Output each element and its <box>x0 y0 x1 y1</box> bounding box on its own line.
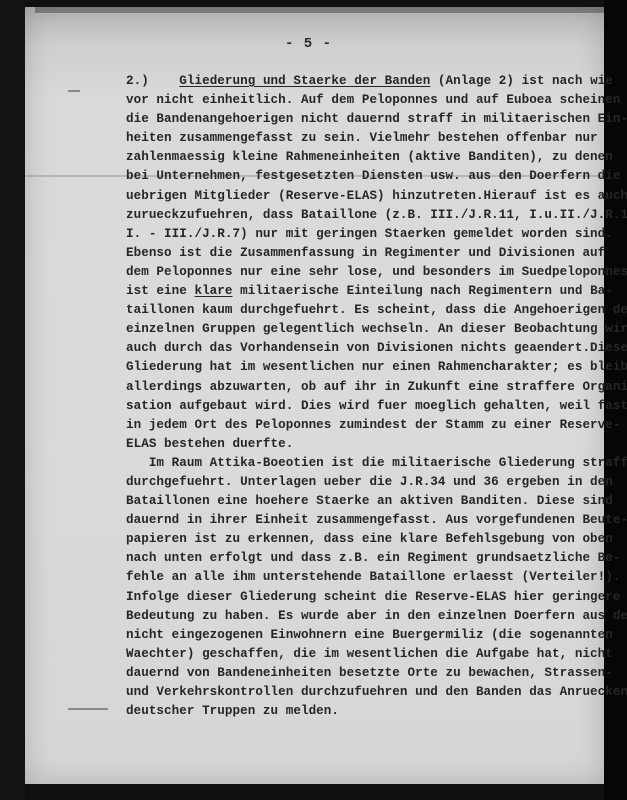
text-line: dauernd in ihrer Einheit zusammengefasst… <box>126 511 606 530</box>
text-segment: Bataillonen eine hoehere Staerke an akti… <box>126 494 613 508</box>
text-segment: dauernd in ihrer Einheit zusammengefasst… <box>126 513 627 527</box>
text-segment: 2.) <box>126 74 179 88</box>
section-heading: Gliederung und Staerke der Banden <box>179 74 430 88</box>
text-segment: nicht eingezogenen Einwohnern eine Buerg… <box>126 628 613 642</box>
text-line: zahlenmaessig kleine Rahmeneinheiten (ak… <box>126 148 606 167</box>
text-segment: Ebenso ist die Zusammenfassung in Regime… <box>126 246 605 260</box>
scanned-document: - 5 - 2.) Gliederung und Staerke der Ban… <box>0 0 627 800</box>
text-segment: sation aufgebaut wird. Dies wird fuer mo… <box>126 399 627 413</box>
text-line: Im Raum Attika-Boeotien ist die militaer… <box>126 454 606 473</box>
text-segment: taillonen kaum durchgefuehrt. Es scheint… <box>126 303 627 317</box>
text-segment: fehle an alle ihm unterstehende Bataillo… <box>126 570 621 584</box>
text-segment: Waechter) geschaffen, die im wesentliche… <box>126 647 613 661</box>
text-line: Waechter) geschaffen, die im wesentliche… <box>126 645 606 664</box>
text-line: ELAS bestehen duerfte. <box>126 435 606 454</box>
text-segment: papieren ist zu erkennen, dass eine klar… <box>126 532 613 546</box>
text-line: allerdings abzuwarten, ob auf ihr in Zuk… <box>126 378 606 397</box>
scan-left-border <box>0 0 25 800</box>
text-line: heiten zusammengefasst zu sein. Vielmehr… <box>126 129 606 148</box>
text-line: zurueckzufuehren, dass Bataillone (z.B. … <box>126 206 606 225</box>
text-segment: militaerische Einteilung nach Regimenter… <box>233 284 613 298</box>
text-segment: ist eine <box>126 284 194 298</box>
text-segment: Infolge dieser Gliederung scheint die Re… <box>126 590 621 604</box>
text-segment: heiten zusammengefasst zu sein. Vielmehr… <box>126 131 598 145</box>
text-segment: auch durch das Vorhandensein von Divisio… <box>126 341 627 355</box>
text-segment: in jedem Ort des Peloponnes zumindest de… <box>126 418 621 432</box>
text-line: fehle an alle ihm unterstehende Bataillo… <box>126 568 606 587</box>
text-segment: I. - III./J.R.7) nur mit geringen Staerk… <box>126 227 613 241</box>
text-segment: uebrigen Mitglieder (Reserve-ELAS) hinzu… <box>126 189 627 203</box>
text-segment: bei Unternehmen, festgesetzten Diensten … <box>126 169 621 183</box>
text-segment: vor nicht einheitlich. Auf dem Peloponne… <box>126 93 621 107</box>
text-line: nicht eingezogenen Einwohnern eine Buerg… <box>126 626 606 645</box>
text-line: bei Unternehmen, festgesetzten Diensten … <box>126 167 606 186</box>
text-segment: zahlenmaessig kleine Rahmeneinheiten (ak… <box>126 150 613 164</box>
text-segment: allerdings abzuwarten, ob auf ihr in Zuk… <box>126 380 627 394</box>
text-segment: die Bandenangehoerigen nicht dauernd str… <box>126 112 627 126</box>
text-line: uebrigen Mitglieder (Reserve-ELAS) hinzu… <box>126 187 606 206</box>
text-segment: dauernd von Bandeneinheiten besetzte Ort… <box>126 666 613 680</box>
text-line: nach unten erfolgt und dass z.B. ein Reg… <box>126 549 606 568</box>
text-line: dem Peloponnes nur eine sehr lose, und b… <box>126 263 606 282</box>
text-segment: Gliederung hat im wesentlichen nur einen… <box>126 360 627 374</box>
text-segment: Im Raum Attika-Boeotien ist die militaer… <box>126 456 627 470</box>
text-segment: deutscher Truppen zu melden. <box>126 704 339 718</box>
text-line: vor nicht einheitlich. Auf dem Peloponne… <box>126 91 606 110</box>
text-segment: einzelnen Gruppen gelegentlich wechseln.… <box>126 322 627 336</box>
text-segment: (Anlage 2) ist nach wie <box>430 74 613 88</box>
text-segment: durchgefuehrt. Unterlagen ueber die J.R.… <box>126 475 613 489</box>
underlined-word: klare <box>194 284 232 298</box>
scan-blemish <box>68 90 80 92</box>
document-body: 2.) Gliederung und Staerke der Banden (A… <box>126 72 606 721</box>
text-line: Infolge dieser Gliederung scheint die Re… <box>126 588 606 607</box>
text-line: in jedem Ort des Peloponnes zumindest de… <box>126 416 606 435</box>
text-line: dauernd von Bandeneinheiten besetzte Ort… <box>126 664 606 683</box>
text-line: einzelnen Gruppen gelegentlich wechseln.… <box>126 320 606 339</box>
text-segment: Bedeutung zu haben. Es wurde aber in den… <box>126 609 627 623</box>
text-line: I. - III./J.R.7) nur mit geringen Staerk… <box>126 225 606 244</box>
text-segment: und Verkehrskontrollen durchzufuehren un… <box>126 685 627 699</box>
text-segment: zurueckzufuehren, dass Bataillone (z.B. … <box>126 208 627 222</box>
text-line: sation aufgebaut wird. Dies wird fuer mo… <box>126 397 606 416</box>
text-line: Gliederung hat im wesentlichen nur einen… <box>126 358 606 377</box>
scan-blemish <box>68 708 108 710</box>
text-line: Ebenso ist die Zusammenfassung in Regime… <box>126 244 606 263</box>
text-line: die Bandenangehoerigen nicht dauernd str… <box>126 110 606 129</box>
text-line: 2.) Gliederung und Staerke der Banden (A… <box>126 72 606 91</box>
text-line: taillonen kaum durchgefuehrt. Es scheint… <box>126 301 606 320</box>
text-line: deutscher Truppen zu melden. <box>126 702 606 721</box>
text-line: papieren ist zu erkennen, dass eine klar… <box>126 530 606 549</box>
text-segment: nach unten erfolgt und dass z.B. ein Reg… <box>126 551 621 565</box>
text-line: Bedeutung zu haben. Es wurde aber in den… <box>126 607 606 626</box>
text-line: auch durch das Vorhandensein von Divisio… <box>126 339 606 358</box>
text-segment: dem Peloponnes nur eine sehr lose, und b… <box>126 265 627 279</box>
text-line: durchgefuehrt. Unterlagen ueber die J.R.… <box>126 473 606 492</box>
page-number: - 5 - <box>285 36 332 52</box>
text-line: und Verkehrskontrollen durchzufuehren un… <box>126 683 606 702</box>
text-segment: ELAS bestehen duerfte. <box>126 437 293 451</box>
text-line: ist eine klare militaerische Einteilung … <box>126 282 606 301</box>
text-line: Bataillonen eine hoehere Staerke an akti… <box>126 492 606 511</box>
